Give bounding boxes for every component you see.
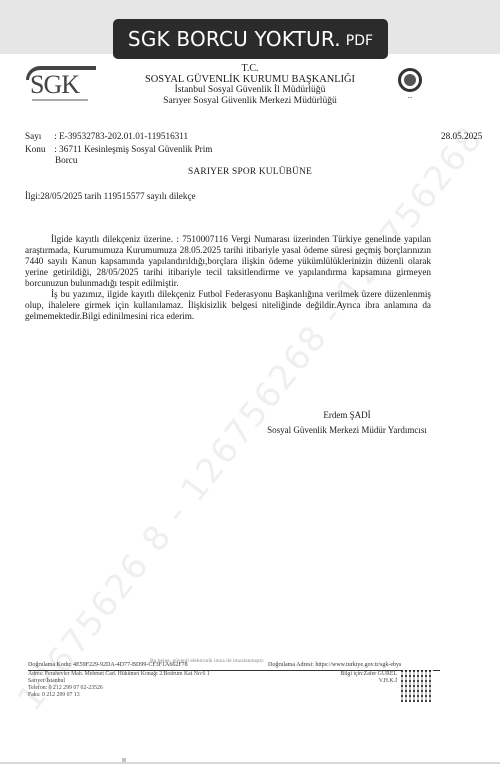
body-paragraph-2: İş bu yazımız, ilgide kayıtlı dilekçeniz… bbox=[25, 289, 431, 322]
address-line-1: Adres: Ferahevler Mah. Mehmet Cad. Hüküm… bbox=[28, 671, 258, 678]
letter-body: İlgide kayıtlı dilekçeniz üzerine. : 751… bbox=[25, 234, 431, 322]
verification-code: Doğrulama Kodu: 4E59F229-92DA-4D77-BD99-… bbox=[28, 662, 188, 668]
konu-value-cont: Borcu bbox=[55, 155, 77, 165]
reference-line: İlgi:28/05/2025 tarih 119515577 sayılı d… bbox=[25, 191, 196, 201]
verification-row: Doğrulama Kodu: 4E59F229-92DA-4D77-BD99-… bbox=[28, 662, 440, 671]
letterhead-provincial: İstanbul Sosyal Güvenlik İl Müdürlüğü bbox=[0, 85, 500, 96]
info-contact: Bilgi için:Zafer GÜREL bbox=[270, 671, 397, 678]
addressee: SARIYER SPOR KULÜBÜNE bbox=[0, 167, 500, 177]
konu-row: Konu : 36711 Kesinleşmiş Sosyal Güvenlik… bbox=[25, 144, 212, 154]
signatory-name: Erdem ŞADİ bbox=[262, 408, 432, 423]
konu-row-cont: Borcu bbox=[55, 155, 77, 165]
letterhead-tc: T.C. bbox=[0, 64, 500, 75]
body-paragraph-1: İlgide kayıtlı dilekçeniz üzerine. : 751… bbox=[25, 234, 431, 289]
document-page: 12675626 8 - 126756268 - 126756268 SGK •… bbox=[0, 54, 500, 762]
sayi-label: Sayı bbox=[25, 131, 52, 141]
konu-value: : 36711 Kesinleşmiş Sosyal Güvenlik Prim bbox=[54, 144, 212, 154]
fax: Faks: 0 212 299 07 13 bbox=[28, 692, 258, 699]
document-extension: PDF bbox=[346, 33, 373, 49]
verification-address: Doğrulama Adresi: https://www.turkiye.go… bbox=[268, 662, 401, 668]
document-title-badge: SGK BORCU YOKTUR. PDF bbox=[113, 19, 388, 59]
qr-code-icon bbox=[401, 670, 433, 702]
sayi-row: Sayı : E-39532783-202.01.01-119516311 bbox=[25, 131, 188, 141]
document-filename: SGK BORCU YOKTUR. bbox=[128, 27, 341, 51]
footer-address: Adres: Ferahevler Mah. Mehmet Cad. Hüküm… bbox=[28, 671, 258, 699]
letterhead: T.C. SOSYAL GÜVENLİK KURUMU BAŞKANLIĞI İ… bbox=[0, 64, 500, 106]
document-date: 28.05.2025 bbox=[441, 131, 482, 141]
info-title: V.H.K.İ bbox=[270, 678, 397, 685]
signature-block: Erdem ŞADİ Sosyal Güvenlik Merkezi Müdür… bbox=[262, 408, 432, 438]
address-line-2: Sarıyer/İstanbul bbox=[28, 678, 258, 685]
phone: Telefon: 0 212 299 07 02-23526 bbox=[28, 685, 258, 692]
footer-info: Bilgi için:Zafer GÜREL V.H.K.İ bbox=[270, 671, 397, 685]
signatory-title: Sosyal Güvenlik Merkezi Müdür Yardımcısı bbox=[262, 423, 432, 438]
sayi-value: : E-39532783-202.01.01-119516311 bbox=[54, 131, 188, 141]
letterhead-center: Sarıyer Sosyal Güvenlik Merkezi Müdürlüğ… bbox=[0, 96, 500, 107]
konu-label: Konu bbox=[25, 144, 52, 154]
